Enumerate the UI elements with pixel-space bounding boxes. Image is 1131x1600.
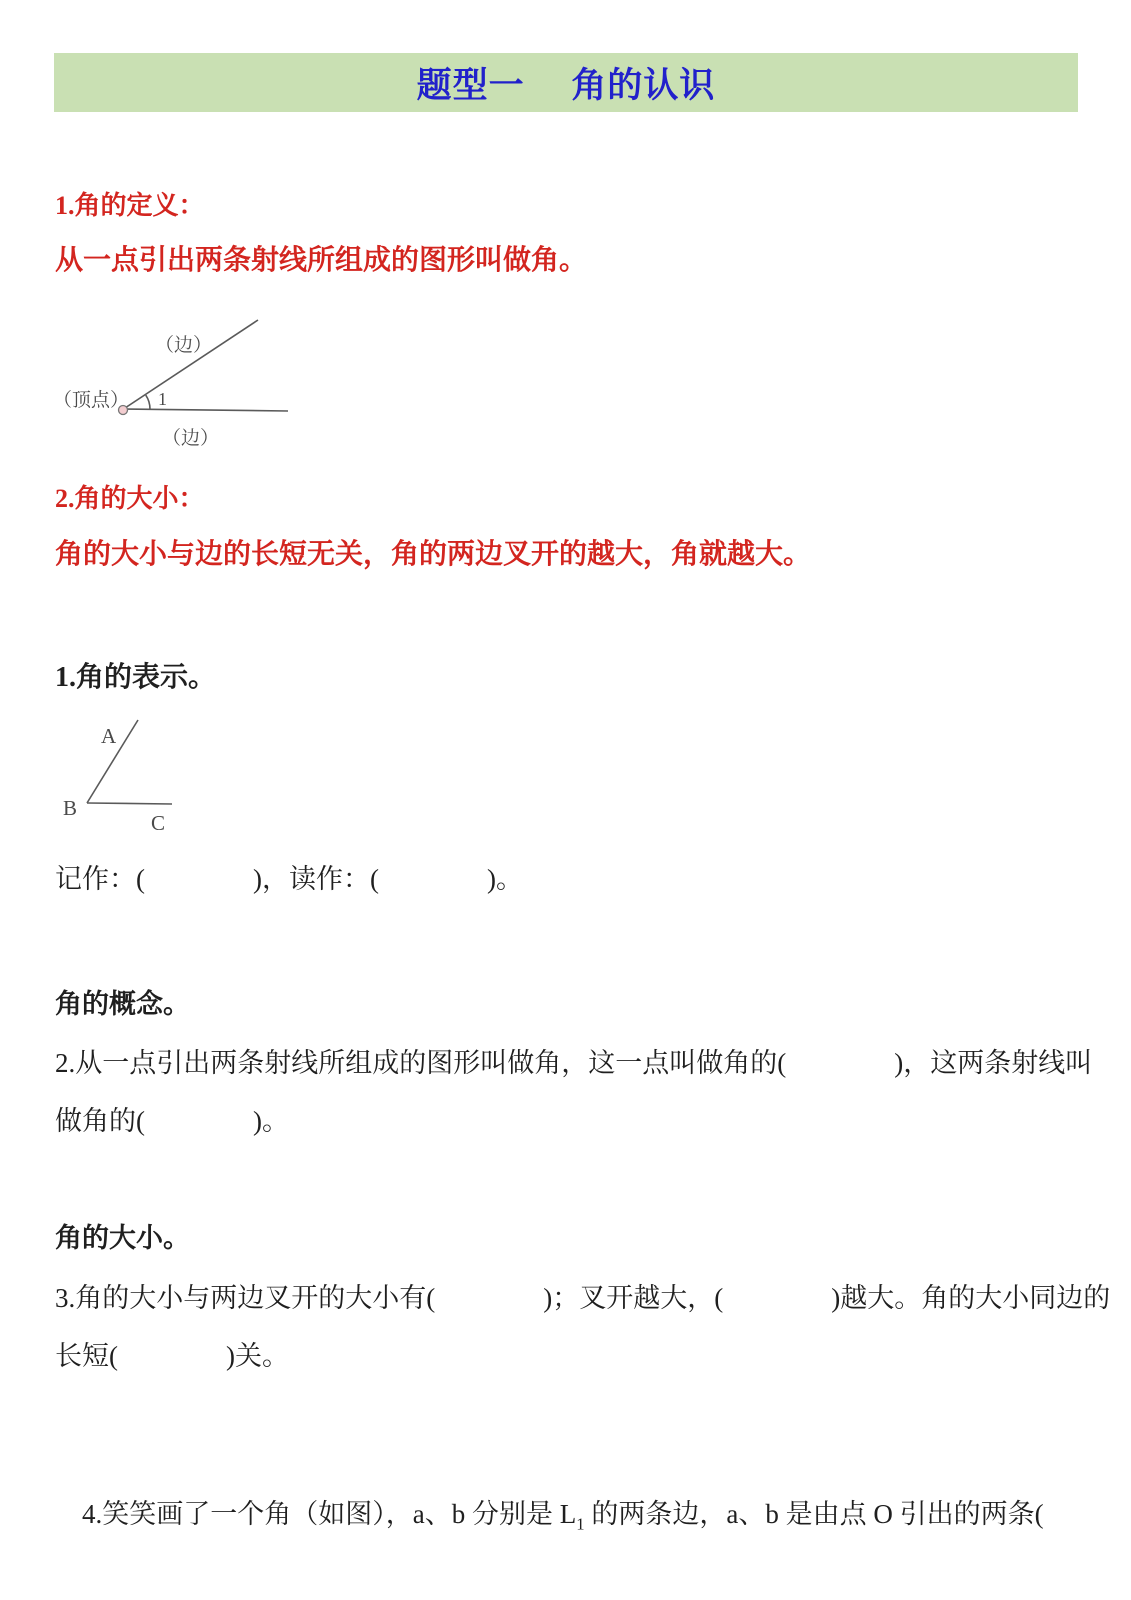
angle2-ray-bc <box>87 803 172 804</box>
page-title: 题型一 角的认识 <box>417 58 716 108</box>
edge-label-top: （边） <box>155 334 212 356</box>
notation-fill-line: 记作：( )，读作：( )。 <box>55 863 523 897</box>
question-2-line-2: 做角的( )。 <box>55 1105 289 1139</box>
angle-number-label: 1 <box>158 389 167 409</box>
angle-diagram-2: A B C <box>55 700 187 838</box>
question-4-text-after: 的两条边，a、b 是由点 O 引出的两条( ) <box>585 1499 1131 1529</box>
point-c-label: C <box>151 811 165 835</box>
question-4-subscript: 1 <box>576 1514 584 1533</box>
vertex-label: （顶点） <box>53 389 129 411</box>
representation-heading: 1.角的表示。 <box>55 660 216 695</box>
question-4-line: 4.笑笑画了一个角（如图），a、b 分别是 L1 的两条边，a、b 是由点 O … <box>55 1464 1131 1569</box>
angle-diagram-1: （边） （顶点） 1 （边） <box>45 303 307 451</box>
question-3-line-2: 长短( )关。 <box>55 1340 289 1374</box>
concept-heading: 角的概念。 <box>55 988 190 1022</box>
point-b-label: B <box>63 796 77 820</box>
question-3-line-1: 3.角的大小与两边叉开的大小有( )；叉开越大，( )越大。角的大小同边的 <box>55 1282 1110 1316</box>
size-note-heading: 2.角的大小： <box>55 483 205 516</box>
worksheet-page: 题型一 角的认识 1.角的定义： 从一点引出两条射线所组成的图形叫做角。 （边）… <box>0 0 1131 1600</box>
question-4-text-before: 4.笑笑画了一个角（如图），a、b 分别是 L <box>82 1499 576 1529</box>
size-section-heading: 角的大小。 <box>55 1222 190 1256</box>
title-banner: 题型一 角的认识 <box>54 53 1078 112</box>
angle1-ray-upper <box>125 320 258 408</box>
point-a-label: A <box>101 724 117 748</box>
angle1-ray-lower <box>125 409 288 411</box>
angle1-arc <box>146 395 150 409</box>
size-note-body: 角的大小与边的长短无关，角的两边叉开的越大，角就越大。 <box>55 537 811 572</box>
question-2-line-1: 2.从一点引出两条射线所组成的图形叫做角，这一点叫做角的( )，这两条射线叫 <box>55 1047 1092 1081</box>
definition-body: 从一点引出两条射线所组成的图形叫做角。 <box>55 243 587 278</box>
edge-label-bottom: （边） <box>162 427 219 449</box>
definition-heading: 1.角的定义： <box>55 190 205 223</box>
